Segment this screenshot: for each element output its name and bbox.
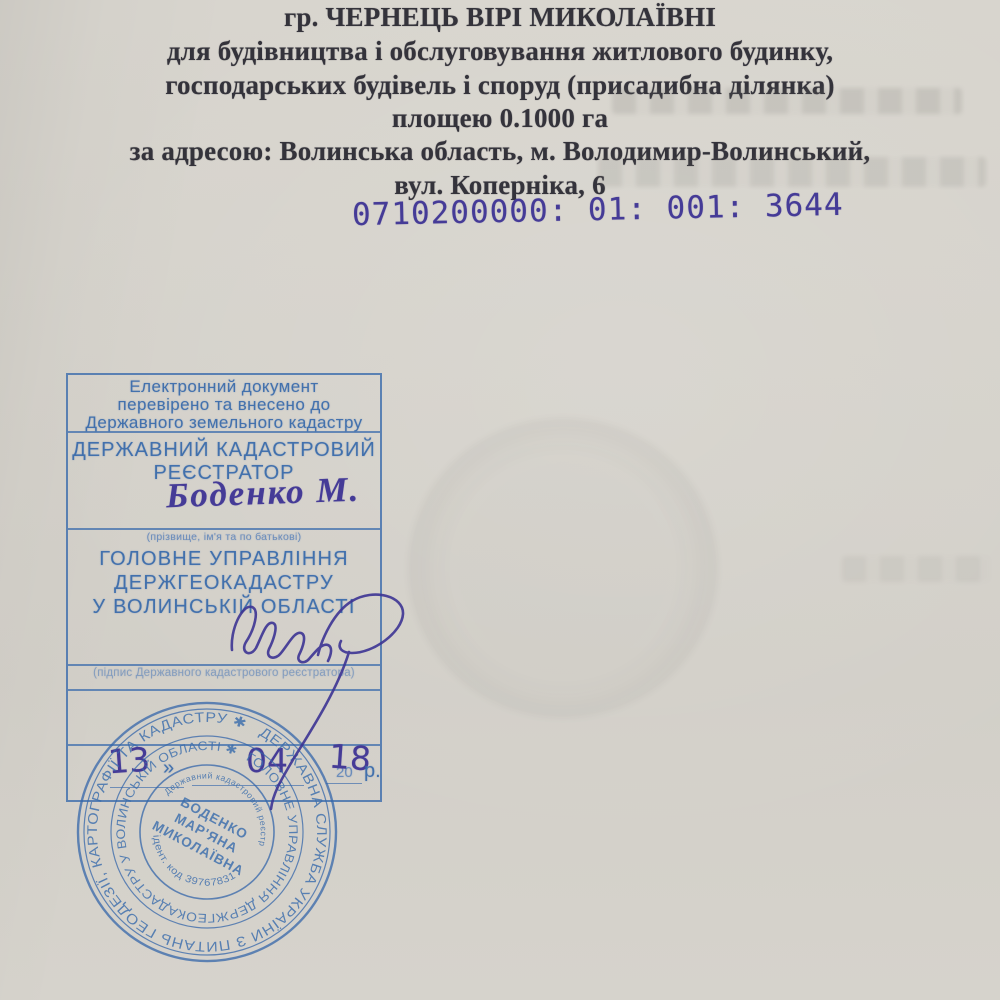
signature-loops — [232, 607, 331, 662]
stamp-divider — [68, 431, 380, 433]
registrar-signature — [180, 575, 420, 820]
bleed-through-text-smudge — [612, 88, 962, 114]
name-caption: (прізвище, ім'я та по батькові) — [68, 531, 380, 543]
signature-tail — [271, 652, 349, 809]
bleed-through-text-smudge — [842, 556, 990, 582]
stamp-header-line-3: Державного земельного кадастру — [68, 414, 380, 432]
stamp-header-line-2: перевірено та внесено до — [68, 396, 380, 414]
stamp-divider — [68, 528, 380, 530]
bleed-through-text-smudge — [598, 157, 986, 187]
recipient-line: гр. ЧЕРНЕЦЬ ВІРІ МИКОЛАЇВНІ — [0, 2, 1000, 33]
registrar-name-handwritten: Боденко М. — [165, 470, 360, 517]
stamp-header-line-1: Електронний документ — [68, 378, 380, 396]
scanned-document-page: гр. ЧЕРНЕЦЬ ВІРІ МИКОЛАЇВНІ для будівниц… — [0, 0, 1000, 1000]
purpose-line-1: для будівництва і обслуговування житлово… — [0, 36, 1000, 67]
bleed-through-stamp-ghost — [408, 418, 718, 718]
registrar-title-line-1: ДЕРЖАВНИЙ КАДАСТРОВИЙ — [68, 439, 380, 462]
office-line-1: ГОЛОВНЕ УПРАВЛІННЯ — [68, 547, 380, 571]
